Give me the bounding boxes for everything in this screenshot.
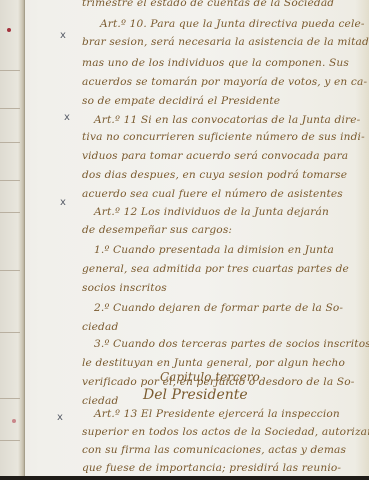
text-line: brar sesion, será necesaria la asistenci… (82, 36, 369, 48)
text-line: 1.º Cuando presentada la dimision en Jun… (94, 244, 334, 256)
text-line: Art.º 13 El Presidente ejercerá la inspe… (94, 408, 340, 420)
text-line: socios inscritos (82, 282, 167, 294)
text-line: trimestre el estado de cuentas de la Soc… (82, 0, 334, 9)
manuscript-page: x x x x trimestre el estado de cuentas d… (0, 0, 369, 478)
text-line: Art.º 12 Los individuos de la Junta deja… (94, 206, 329, 218)
ink-spot (7, 28, 11, 32)
ruled-line (0, 398, 20, 399)
ink-spot (12, 419, 16, 423)
margin-check-mark: x (57, 412, 63, 423)
text-line: ciedad (82, 321, 118, 333)
text-line: 2.º Cuando dejaren de formar parte de la… (94, 302, 343, 314)
text-line: que fuese de importancia; presidirá las … (82, 462, 341, 474)
ruled-line (0, 70, 20, 71)
text-line: acuerdo sea cual fuere el número de asis… (82, 188, 343, 200)
chapter-heading: Capitulo tercero (160, 370, 260, 384)
page-bottom-shadow (0, 476, 369, 480)
text-line: de desempeñar sus cargos: (82, 224, 232, 236)
chapter-subheading: Del Presidente (143, 387, 248, 403)
ruled-line (0, 270, 20, 271)
text-line: acuerdos se tomarán por mayoría de votos… (82, 76, 367, 88)
text-line: tiva no concurrieren suficiente número d… (82, 131, 365, 143)
text-line: superior en todos los actos de la Socied… (82, 426, 369, 438)
margin-check-mark: x (60, 30, 66, 41)
ruled-line (0, 332, 20, 333)
ruled-line (0, 142, 20, 143)
text-line: Art.º 11 Si en las convocatorias de la J… (94, 114, 360, 126)
text-line: so de empate decidirá el Presidente (82, 95, 280, 107)
text-line: viduos para tomar acuerdo será convocada… (82, 150, 348, 162)
text-line: le destituyan en Junta general, por algu… (82, 357, 345, 369)
ruled-line (0, 440, 20, 441)
text-line: con su firma las comunicaciones, actas y… (82, 444, 346, 456)
text-line: 3.º Cuando dos terceras partes de socios… (94, 338, 369, 350)
text-line: ciedad (82, 395, 118, 407)
ruled-line (0, 212, 20, 213)
text-line: dos dias despues, en cuya sesion podrá t… (82, 169, 347, 181)
text-line: mas uno de los individuos que la compone… (82, 57, 349, 69)
ruled-line (0, 108, 20, 109)
text-line: Art.º 10. Para que la Junta directiva pu… (100, 18, 365, 30)
previous-page-edge (0, 0, 25, 478)
margin-check-mark: x (64, 112, 70, 123)
margin-check-mark: x (60, 197, 66, 208)
text-line: general, sea admitida por tres cuartas p… (82, 263, 349, 275)
ruled-line (0, 180, 20, 181)
